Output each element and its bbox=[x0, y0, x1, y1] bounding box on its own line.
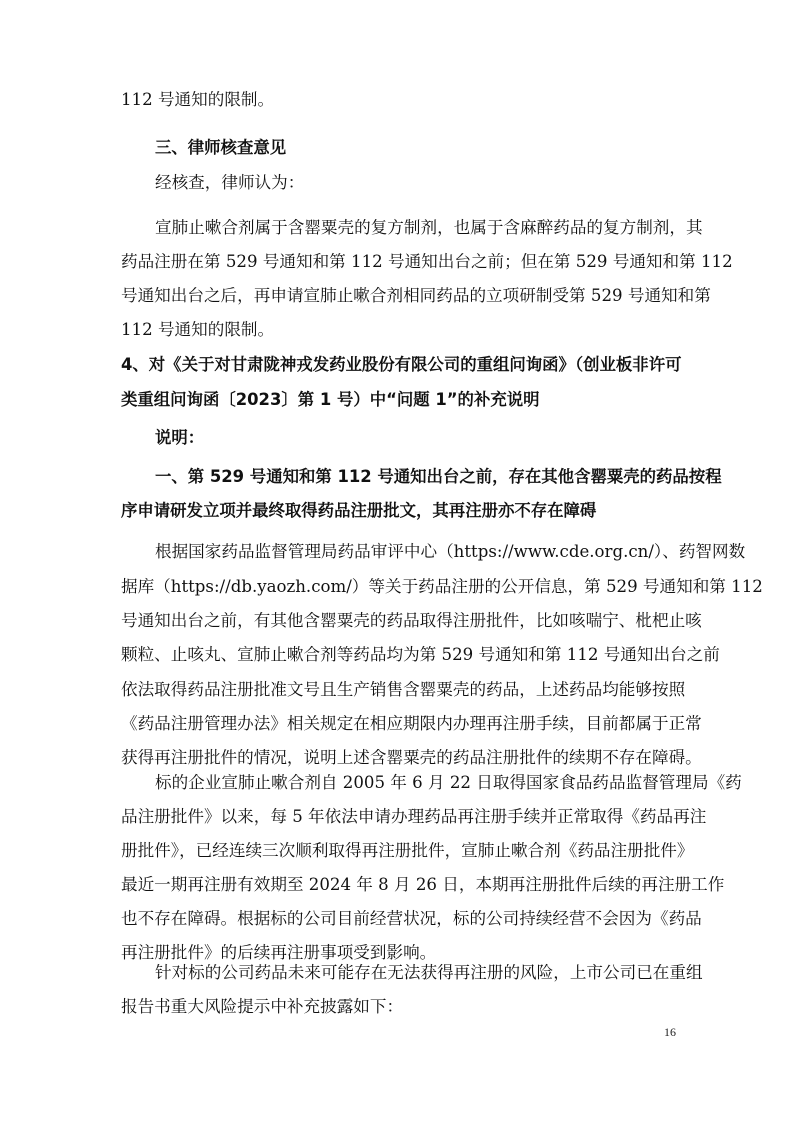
subsection-heading: 一、第 529 号通知和第 112 号通知出台之前，存在其他含罂粟壳的药品按程 bbox=[155, 464, 673, 490]
paragraph-line: 药品注册在第 529 号通知和第 112 号通知出台之前；但在第 529 号通知… bbox=[121, 249, 673, 275]
paragraph-line: 颗粒、止咳丸、宣肺止嗽合剂等药品均为第 529 号通知和第 112 号通知出台之… bbox=[121, 642, 673, 668]
section-heading-lawyer-opinion: 三、律师核查意见 bbox=[155, 135, 673, 161]
paragraph-line: 号通知出台之前，有其他含罂粟壳的药品取得注册批件，比如咳喘宁、枇杷止咳 bbox=[121, 608, 673, 634]
paragraph-line: 根据国家药品监督管理局药品审评中心（https://www.cde.org.cn… bbox=[155, 539, 673, 565]
paragraph-line: 针对标的公司药品未来可能存在无法获得再注册的风险，上市公司已在重组 bbox=[155, 960, 673, 986]
document-page: 112 号通知的限制。 三、律师核查意见 经核查，律师认为： 宣肺止嗽合剂属于含… bbox=[0, 0, 793, 1122]
section-heading-question: 4、对《关于对甘肃陇神戎发药业股份有限公司的重组问询函》（创业板非许可 bbox=[121, 352, 673, 378]
paragraph-line: 112 号通知的限制。 bbox=[121, 317, 673, 343]
paragraph-line: 获得再注册批件的情况，说明上述含罂粟壳的药品注册批件的续期不存在障碍。 bbox=[121, 745, 673, 771]
paragraph-line: 据库（https://db.yaozh.com/）等关于药品注册的公开信息，第 … bbox=[121, 574, 673, 600]
paragraph-line: 《药品注册管理办法》相关规定在相应期限内办理再注册手续，目前都属于正常 bbox=[121, 711, 673, 737]
paragraph-line: 宣肺止嗽合剂属于含罂粟壳的复方制剂，也属于含麻醉药品的复方制剂，其 bbox=[155, 215, 673, 241]
paragraph-line: 标的企业宣肺止嗽合剂自 2005 年 6 月 22 日取得国家食品药品监督管理局… bbox=[155, 770, 673, 796]
paragraph-line: 品注册批件》以来，每 5 年依法申请办理药品再注册手续并正常取得《药品再注 bbox=[121, 804, 673, 830]
paragraph-line: 号通知出台之后，再申请宣肺止嗽合剂相同药品的立项研制受第 529 号通知和第 bbox=[121, 283, 673, 309]
paragraph-line: 报告书重大风险提示中补充披露如下： bbox=[121, 994, 673, 1020]
paragraph-line: 依法取得药品注册批准文号且生产销售含罂粟壳的药品，上述药品均能够按照 bbox=[121, 677, 673, 703]
paragraph-line: 112 号通知的限制。 bbox=[121, 87, 673, 113]
explanation-label: 说明： bbox=[155, 425, 673, 451]
page-number: 16 bbox=[660, 1024, 676, 1040]
paragraph-line: 最近一期再注册有效期至 2024 年 8 月 26 日，本期再注册批件后续的再注… bbox=[121, 872, 673, 898]
subsection-heading: 序申请研发立项并最终取得药品注册批文，其再注册亦不存在障碍 bbox=[121, 498, 673, 524]
paragraph-line: 册批件》，已经连续三次顺利取得再注册批件，宣肺止嗽合剂《药品注册批件》 bbox=[121, 838, 673, 864]
paragraph-line: 也不存在障碍。根据标的公司目前经营状况，标的公司持续经营不会因为《药品 bbox=[121, 906, 673, 932]
paragraph-line: 经核查，律师认为： bbox=[155, 170, 673, 196]
section-heading-question: 类重组问询函〔2023〕第 1 号）中“问题 1”的补充说明 bbox=[121, 387, 673, 413]
